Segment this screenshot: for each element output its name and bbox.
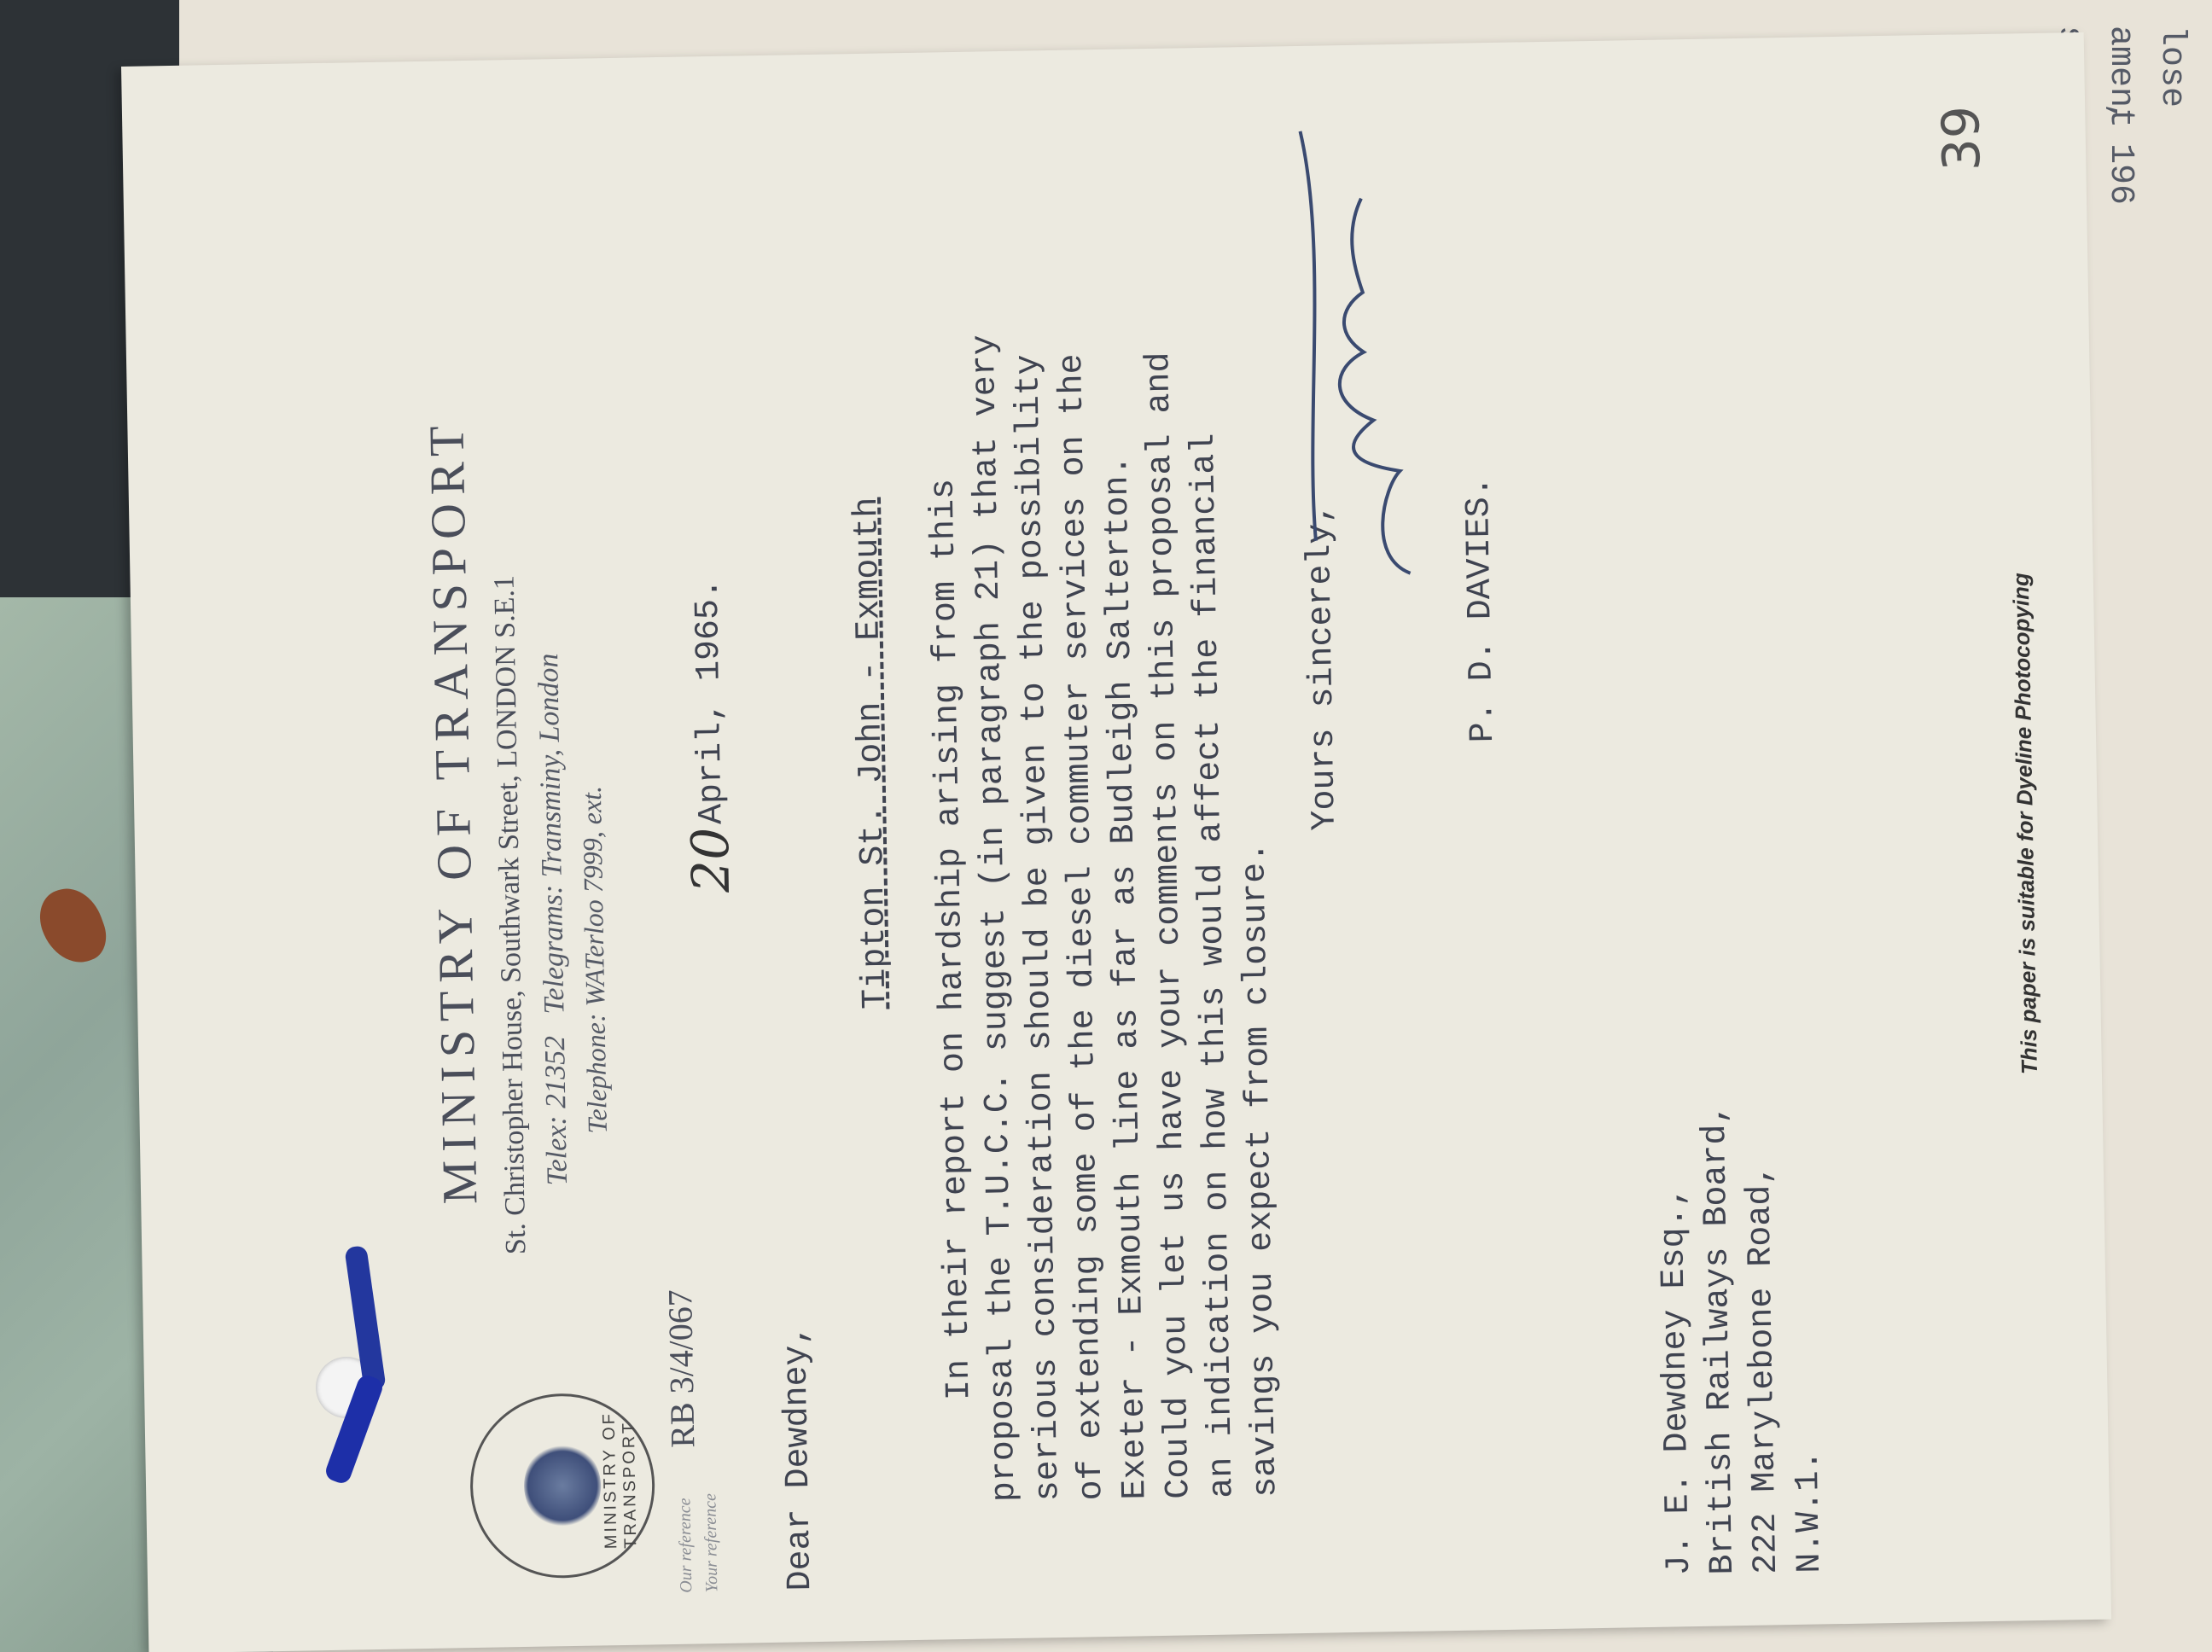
letter-content: 39 MINISTRY OF TRANSPORT MINISTRY OF TRA…: [121, 32, 2111, 1652]
footer-note: This paper is suitable for Dyeline Photo…: [2008, 573, 2043, 1074]
letterhead-telephone: Telephone: WATerloo 7999, ext.: [576, 786, 614, 1134]
letterhead-telex: Telex: 21352 Telegrams: Transminy, Londo…: [533, 653, 574, 1185]
salutation: Dear Dewdney,: [775, 1324, 823, 1591]
background-text: ament: [2098, 26, 2142, 128]
ministry-crest: MINISTRY OF TRANSPORT: [469, 1392, 656, 1579]
background-text: lose: [2149, 26, 2193, 108]
recipient-line: J. E. Dewdney Esq.,: [1651, 1186, 1702, 1576]
recipient-line: 222 Marylebone Road,: [1738, 1164, 1789, 1574]
signatory-name: P. D. DAVIES.: [1460, 476, 1503, 743]
crest-text: MINISTRY OF TRANSPORT: [599, 1395, 641, 1550]
letter-page: 39 MINISTRY OF TRANSPORT MINISTRY OF TRA…: [121, 32, 2111, 1652]
your-reference-label: Your reference: [701, 1493, 722, 1592]
our-reference-value: RB 3/4/067: [660, 1289, 702, 1448]
background-text: with: [2200, 26, 2212, 108]
recipient-line: N.W.1.: [1787, 1450, 1833, 1573]
crest-emblem-icon: [523, 1442, 602, 1529]
date-typed: April, 1965.: [687, 579, 735, 825]
date-day-handwritten: 20: [681, 827, 742, 893]
letterhead-address: St. Christopher House, Southwark Street,…: [488, 575, 533, 1255]
page-number: 39: [1931, 105, 1992, 172]
signature: [1274, 112, 1436, 592]
our-reference-label: Our reference: [675, 1498, 696, 1593]
subject-line: Tipton St. John - Exmouth: [846, 497, 898, 1009]
letterhead-title: MINISTRY OF TRANSPORT: [417, 417, 488, 1205]
